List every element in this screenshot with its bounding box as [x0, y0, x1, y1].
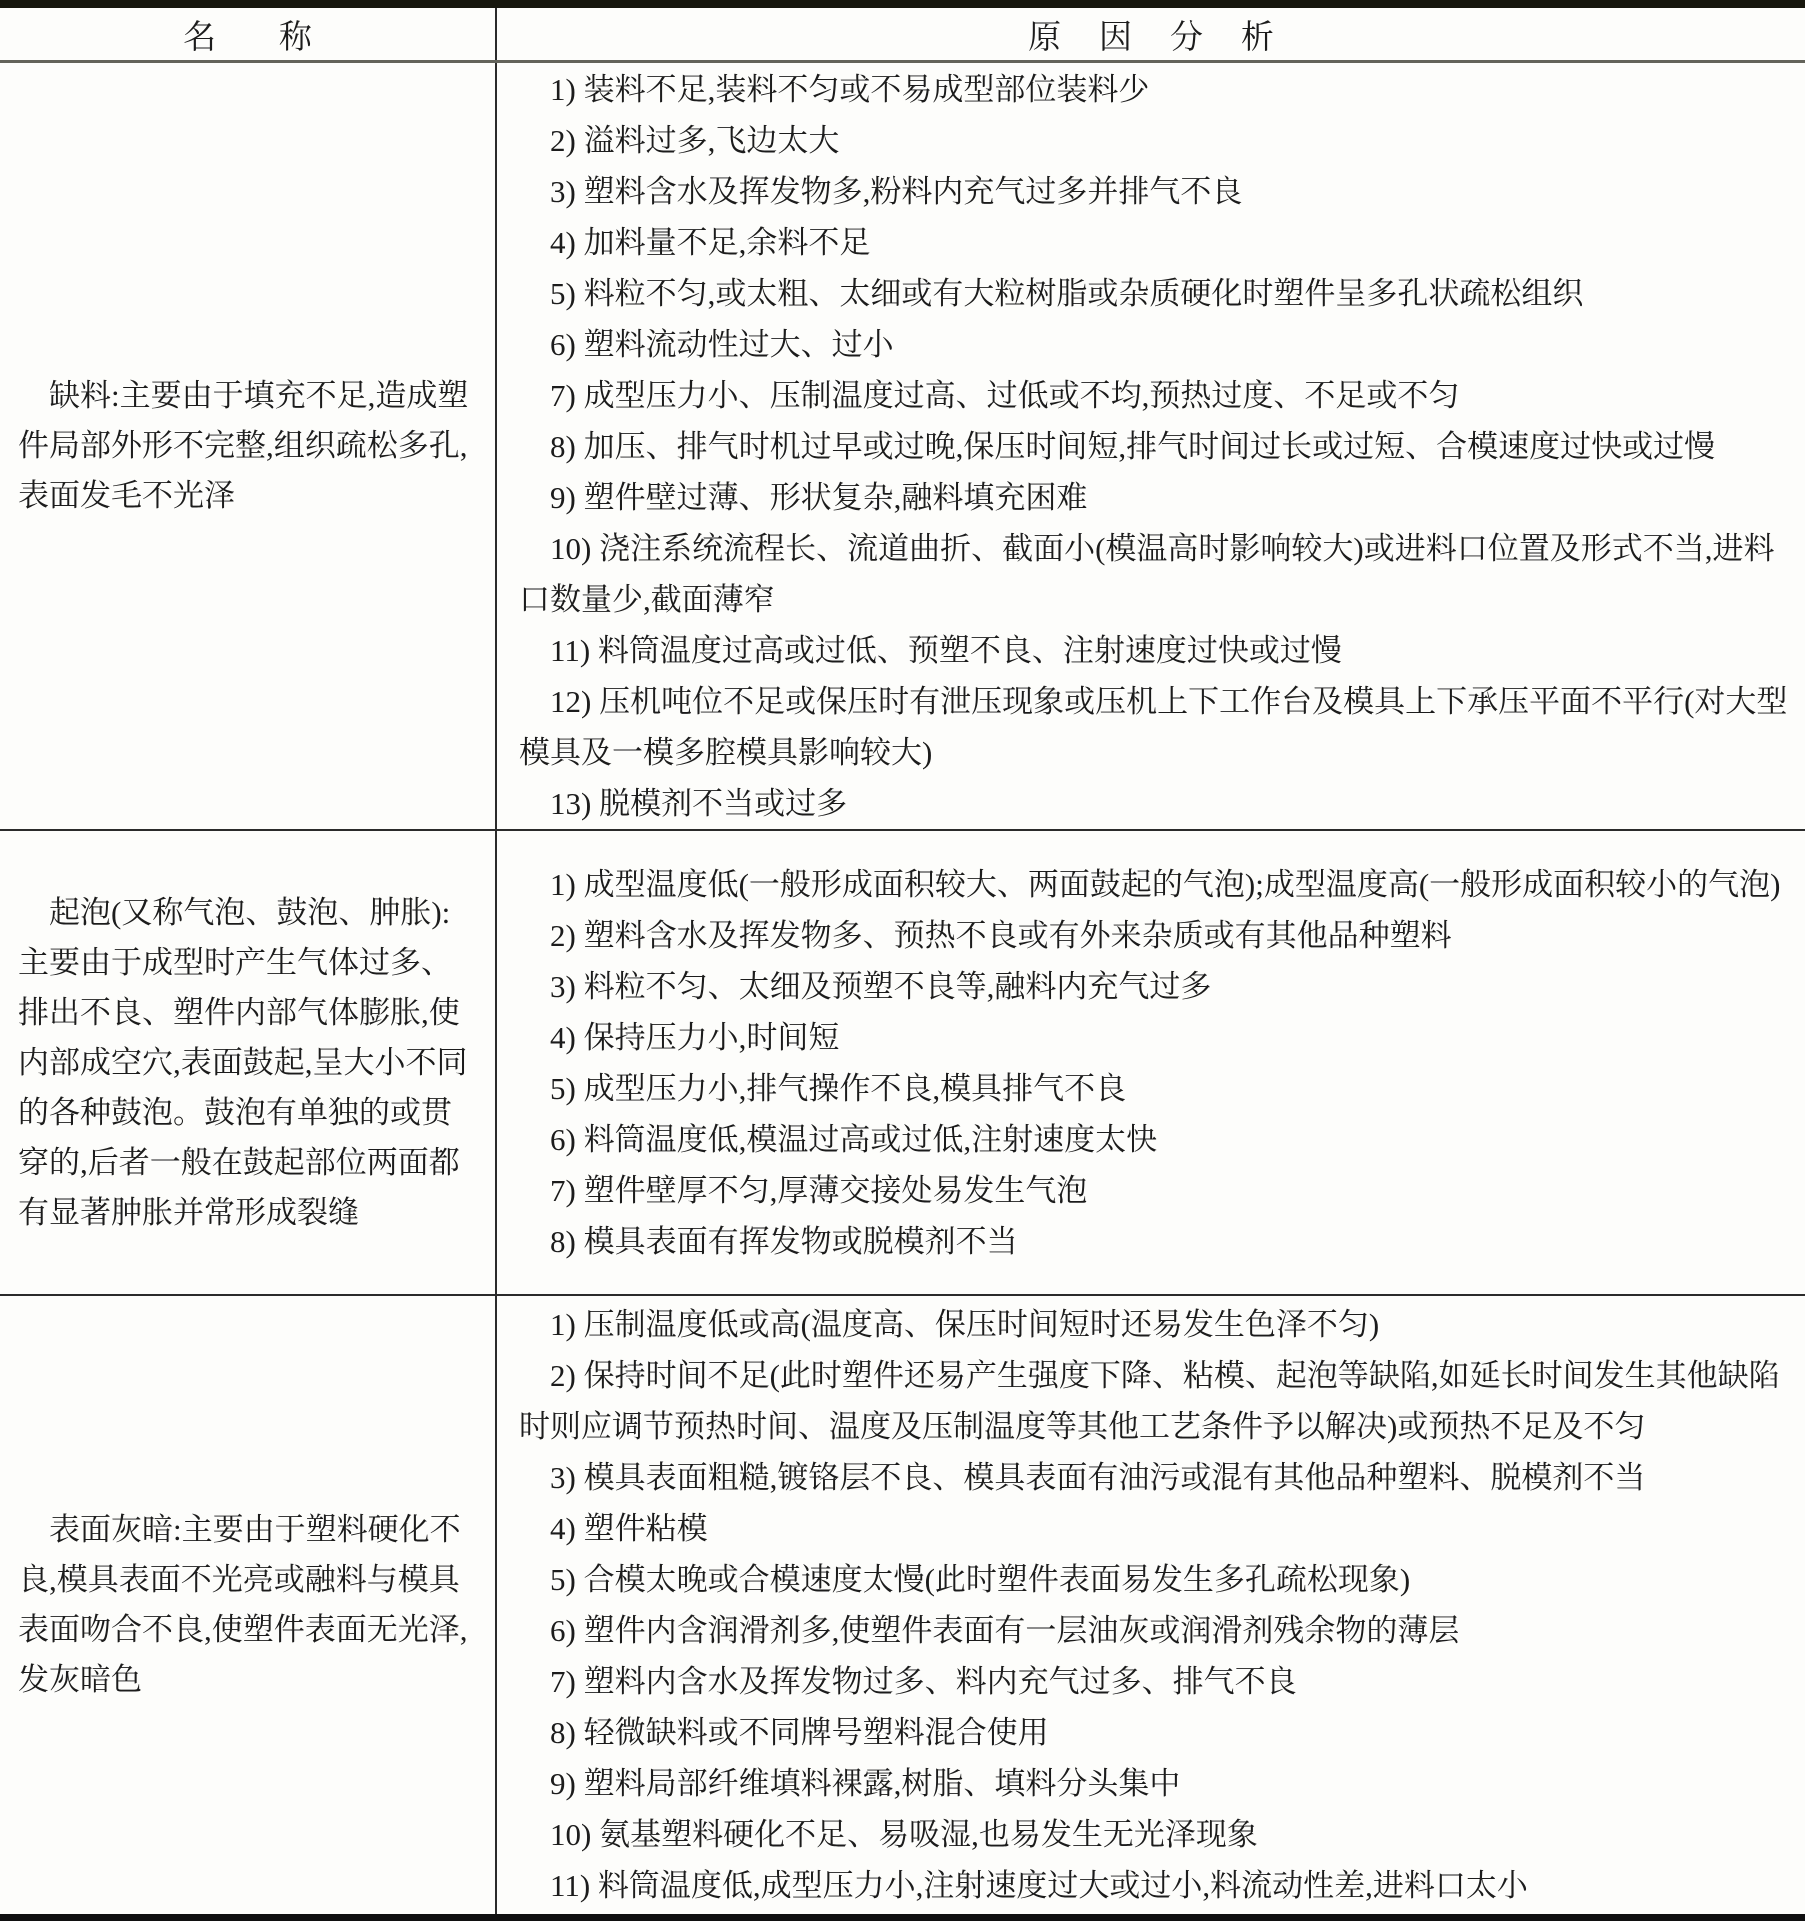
cause-item: 3) 模具表面粗糙,镀铬层不良、模具表面有油污或混有其他品种塑料、脱模剂不当 [519, 1452, 1795, 1503]
cause-item: 12) 压机吨位不足或保压时有泄压现象或压机上下工作台及模具上下承压平面不平行(… [519, 676, 1795, 778]
causes-cell: 1) 成型温度低(一般形成面积较大、两面鼓起的气泡);成型温度高(一般形成面积较… [497, 831, 1805, 1294]
header-cause-label: 原因分析 [1028, 11, 1312, 58]
cause-item: 1) 成型温度低(一般形成面积较大、两面鼓起的气泡);成型温度高(一般形成面积较… [519, 859, 1795, 910]
header-name-column: 名称 [0, 8, 497, 60]
cause-item: 1) 压制温度低或高(温度高、保压时间短时还易发生色泽不匀) [519, 1299, 1795, 1350]
cause-item: 1) 装料不足,装料不匀或不易成型部位装料少 [519, 64, 1795, 115]
defect-name-cell: 表面灰暗:主要由于塑料硬化不良,模具表面不光亮或融料与模具表面吻合不良,使塑件表… [0, 1296, 497, 1914]
cause-item: 4) 塑件粘模 [519, 1503, 1795, 1554]
table-body: 缺料:主要由于填充不足,造成塑件局部外形不完整,组织疏松多孔,表面发毛不光泽 1… [0, 63, 1805, 1914]
cause-item: 8) 加压、排气时机过早或过晚,保压时间短,排气时间过长或过短、合模速度过快或过… [519, 421, 1795, 472]
table-row: 缺料:主要由于填充不足,造成塑件局部外形不完整,组织疏松多孔,表面发毛不光泽 1… [0, 63, 1805, 829]
cause-item: 7) 塑料内含水及挥发物过多、料内充气过多、排气不良 [519, 1656, 1795, 1707]
cause-item: 9) 塑料局部纤维填料裸露,树脂、填料分头集中 [519, 1758, 1795, 1809]
cause-item: 10) 浇注系统流程长、流道曲折、截面小(模温高时影响较大)或进料口位置及形式不… [519, 523, 1795, 625]
cause-item: 11) 料筒温度低,成型压力小,注射速度过大或过小,料流动性差,进料口太小 [519, 1860, 1795, 1911]
table-header-row: 名称 原因分析 [0, 8, 1805, 63]
defect-name: 起泡(又称气泡、鼓泡、肿胀):主要由于成型时产生气体过多、排出不良、塑件内部气体… [0, 888, 495, 1238]
cause-item: 7) 成型压力小、压制温度过高、过低或不均,预热过度、不足或不匀 [519, 370, 1795, 421]
defect-analysis-table: 名称 原因分析 缺料:主要由于填充不足,造成塑件局部外形不完整,组织疏松多孔,表… [0, 0, 1805, 1921]
cause-item: 2) 溢料过多,飞边太大 [519, 115, 1795, 166]
table-row: 起泡(又称气泡、鼓泡、肿胀):主要由于成型时产生气体过多、排出不良、塑件内部气体… [0, 829, 1805, 1294]
cause-item: 13) 脱模剂不当或过多 [519, 778, 1795, 829]
causes-cell: 1) 压制温度低或高(温度高、保压时间短时还易发生色泽不匀) 2) 保持时间不足… [497, 1296, 1805, 1914]
table-row: 表面灰暗:主要由于塑料硬化不良,模具表面不光亮或融料与模具表面吻合不良,使塑件表… [0, 1294, 1805, 1914]
cause-item: 3) 料粒不匀、太细及预塑不良等,融料内充气过多 [519, 961, 1795, 1012]
cause-item: 8) 模具表面有挥发物或脱模剂不当 [519, 1216, 1795, 1267]
cause-item: 6) 塑件内含润滑剂多,使塑件表面有一层油灰或润滑剂残余物的薄层 [519, 1605, 1795, 1656]
cause-item: 2) 塑料含水及挥发物多、预热不良或有外来杂质或有其他品种塑料 [519, 910, 1795, 961]
cause-item: 7) 塑件壁厚不匀,厚薄交接处易发生气泡 [519, 1165, 1795, 1216]
cause-item: 4) 保持压力小,时间短 [519, 1012, 1795, 1063]
causes-cell: 1) 装料不足,装料不匀或不易成型部位装料少 2) 溢料过多,飞边太大 3) 塑… [497, 63, 1805, 829]
cause-item: 6) 料筒温度低,模温过高或过低,注射速度太快 [519, 1114, 1795, 1165]
cause-item: 8) 轻微缺料或不同牌号塑料混合使用 [519, 1707, 1795, 1758]
cause-item: 5) 料粒不匀,或太粗、太细或有大粒树脂或杂质硬化时塑件呈多孔状疏松组织 [519, 268, 1795, 319]
cause-item: 5) 合模太晚或合模速度太慢(此时塑件表面易发生多孔疏松现象) [519, 1554, 1795, 1605]
cause-item: 11) 料筒温度过高或过低、预塑不良、注射速度过快或过慢 [519, 625, 1795, 676]
cause-item: 5) 成型压力小,排气操作不良,模具排气不良 [519, 1063, 1795, 1114]
cause-item: 3) 塑料含水及挥发物多,粉料内充气过多并排气不良 [519, 166, 1795, 217]
cause-item: 9) 塑件壁过薄、形状复杂,融料填充困难 [519, 472, 1795, 523]
cause-item: 4) 加料量不足,余料不足 [519, 217, 1795, 268]
header-name-label: 名称 [183, 11, 374, 58]
defect-name: 缺料:主要由于填充不足,造成塑件局部外形不完整,组织疏松多孔,表面发毛不光泽 [0, 371, 495, 521]
cause-item: 6) 塑料流动性过大、过小 [519, 319, 1795, 370]
defect-name-cell: 起泡(又称气泡、鼓泡、肿胀):主要由于成型时产生气体过多、排出不良、塑件内部气体… [0, 831, 497, 1294]
cause-item: 2) 保持时间不足(此时塑件还易产生强度下降、粘模、起泡等缺陷,如延长时间发生其… [519, 1350, 1795, 1452]
cause-item: 10) 氨基塑料硬化不足、易吸湿,也易发生无光泽现象 [519, 1809, 1795, 1860]
defect-name-cell: 缺料:主要由于填充不足,造成塑件局部外形不完整,组织疏松多孔,表面发毛不光泽 [0, 63, 497, 829]
defect-name: 表面灰暗:主要由于塑料硬化不良,模具表面不光亮或融料与模具表面吻合不良,使塑件表… [0, 1505, 495, 1705]
header-cause-column: 原因分析 [497, 8, 1805, 60]
